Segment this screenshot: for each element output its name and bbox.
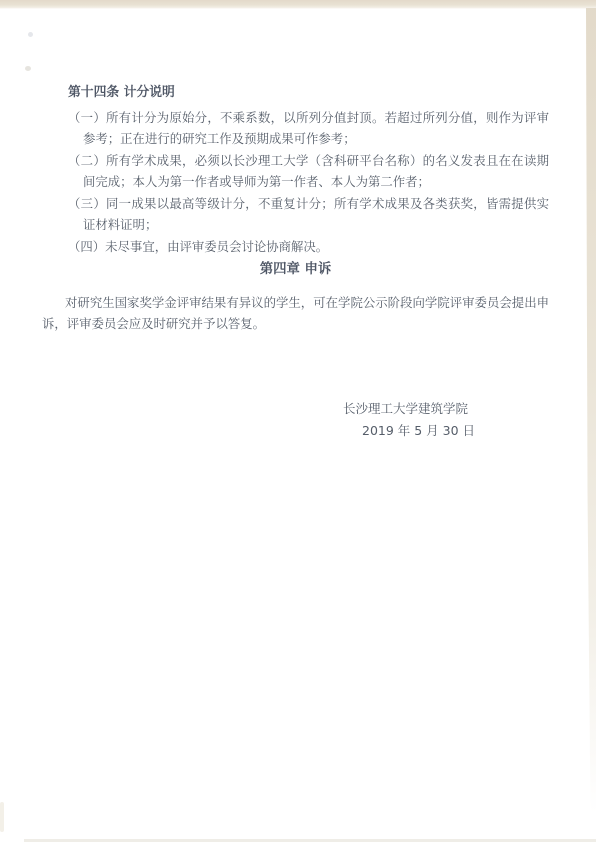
- signature-institution: 长沙理工大学建筑学院: [343, 401, 468, 417]
- signature-date: 2019 年 5 月 30 日: [362, 423, 475, 439]
- appeal-paragraph: 对研究生国家奖学金评审结果有异议的学生，可在学院公示阶段向学院评审委员会提出申诉…: [42, 292, 549, 335]
- scan-speck: [28, 32, 33, 37]
- article-heading: 第十四条 计分说明: [68, 82, 549, 104]
- scan-smudge: [0, 802, 4, 832]
- scan-speck: [25, 66, 31, 71]
- list-item-3: （三）同一成果以最高等级计分，不重复计分；所有学术成果及各类获奖，皆需提供实证材…: [83, 193, 549, 236]
- list-item-1: （一）所有计分为原始分，不乘系数，以所列分值封顶。若超过所列分值，则作为评审参考…: [83, 107, 549, 150]
- list-item-2: （二）所有学术成果，必须以长沙理工大学（含科研平台名称）的名义发表且在在读期间完…: [83, 150, 549, 193]
- document-content: 第十四条 计分说明 （一）所有计分为原始分，不乘系数，以所列分值封顶。若超过所列…: [42, 82, 549, 335]
- list-item-4: （四）未尽事宜，由评审委员会讨论协商解决。: [83, 236, 549, 258]
- scan-edge-right: [586, 8, 596, 814]
- chapter-heading: 第四章 申诉: [42, 259, 549, 281]
- scan-edge-top: [0, 0, 596, 9]
- scanned-document-page: 第十四条 计分说明 （一）所有计分为原始分，不乘系数，以所列分值封顶。若超过所列…: [0, 0, 596, 842]
